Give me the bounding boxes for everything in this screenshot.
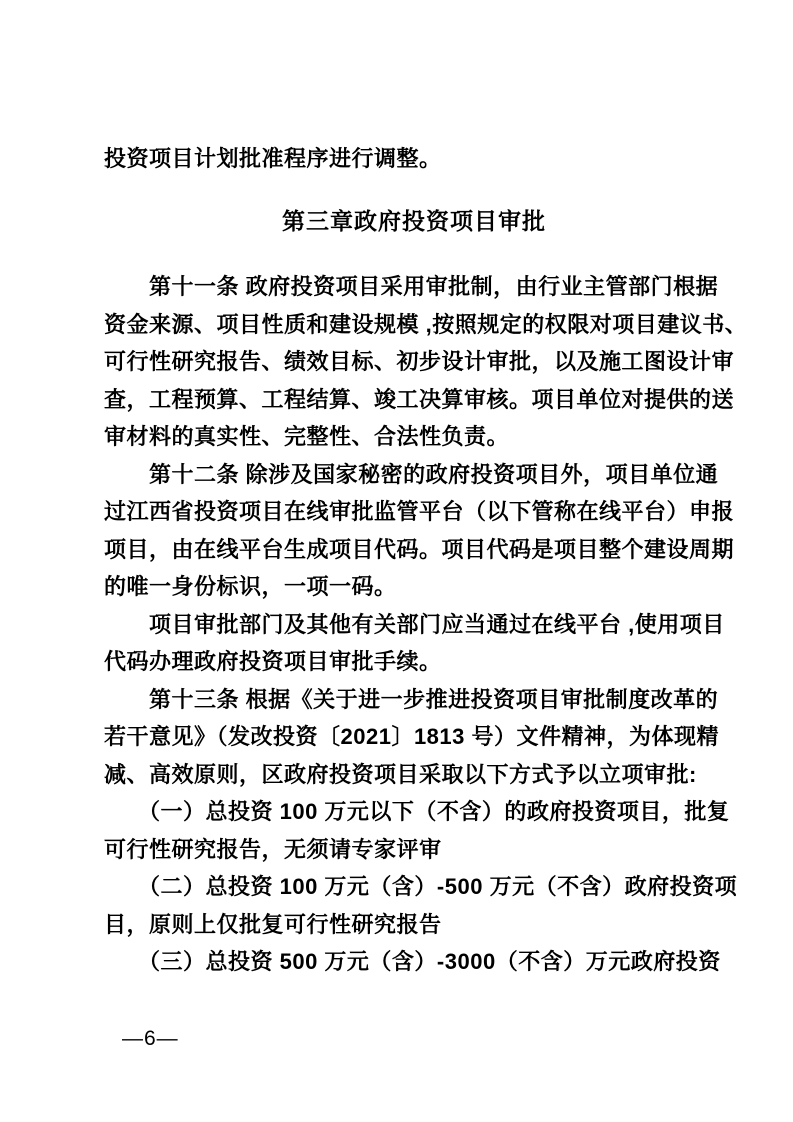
body-line: 减、高效原则，区政府投资项目采取以下方式予以立项审批: bbox=[104, 756, 724, 794]
page-footer: —6— bbox=[122, 1026, 179, 1052]
document-content: 投资项目计划批准程序进行调整。 第三章政府投资项目审批 第十一条 政府投资项目采… bbox=[104, 140, 724, 981]
page-number: —6— bbox=[122, 1027, 179, 1050]
body-line: 审材料的真实性、完整性、合法性负责。 bbox=[104, 418, 724, 456]
body-line: （一）总投资 100 万元以下（不含）的政府投资项目，批复 bbox=[104, 793, 724, 831]
body-line: 查，工程预算、工程结算、竣工决算审核。项目单位对提供的送 bbox=[104, 381, 724, 419]
body-line: 若干意见》（发改投资〔2021〕1813 号）文件精神，为体现精 bbox=[104, 718, 724, 756]
intro-line: 投资项目计划批准程序进行调整。 bbox=[104, 140, 724, 178]
chapter-heading: 第三章政府投资项目审批 bbox=[104, 203, 724, 241]
body-line: 第十三条 根据《关于进一步推进投资项目审批制度改革的 bbox=[104, 681, 724, 719]
document-page: 投资项目计划批准程序进行调整。 第三章政府投资项目审批 第十一条 政府投资项目采… bbox=[0, 0, 793, 1122]
body-line: 代码办理政府投资项目审批手续。 bbox=[104, 643, 724, 681]
body-line: （三）总投资 500 万元（含）-3000（不含）万元政府投资 bbox=[104, 943, 724, 981]
document-body: 第十一条 政府投资项目采用审批制，由行业主管部门根据 资金来源、项目性质和建设规… bbox=[104, 268, 724, 981]
body-line: 的唯一身份标识，一项一码。 bbox=[104, 568, 724, 606]
body-line: 第十二条 除涉及国家秘密的政府投资项目外，项目单位通 bbox=[104, 456, 724, 494]
body-line: 可行性研究报告，无须请专家评审 bbox=[104, 831, 724, 869]
body-line: 第十一条 政府投资项目采用审批制，由行业主管部门根据 bbox=[104, 268, 724, 306]
body-line: 过江西省投资项目在线审批监管平台（以下管称在线平台）申报 bbox=[104, 493, 724, 531]
body-line: 资金来源、项目性质和建设规模 ,按照规定的权限对项目建议书、 bbox=[104, 306, 724, 344]
body-line: （二）总投资 100 万元（含）-500 万元（不含）政府投资项 bbox=[104, 868, 724, 906]
body-line: 目，原则上仅批复可行性研究报告 bbox=[104, 906, 724, 944]
body-line: 项目，由在线平台生成项目代码。项目代码是项目整个建设周期 bbox=[104, 531, 724, 569]
body-line: 项目审批部门及其他有关部门应当通过在线平台 ,使用项目 bbox=[104, 606, 724, 644]
body-line: 可行性研究报告、绩效目标、初步设计审批，以及施工图设计审 bbox=[104, 343, 724, 381]
